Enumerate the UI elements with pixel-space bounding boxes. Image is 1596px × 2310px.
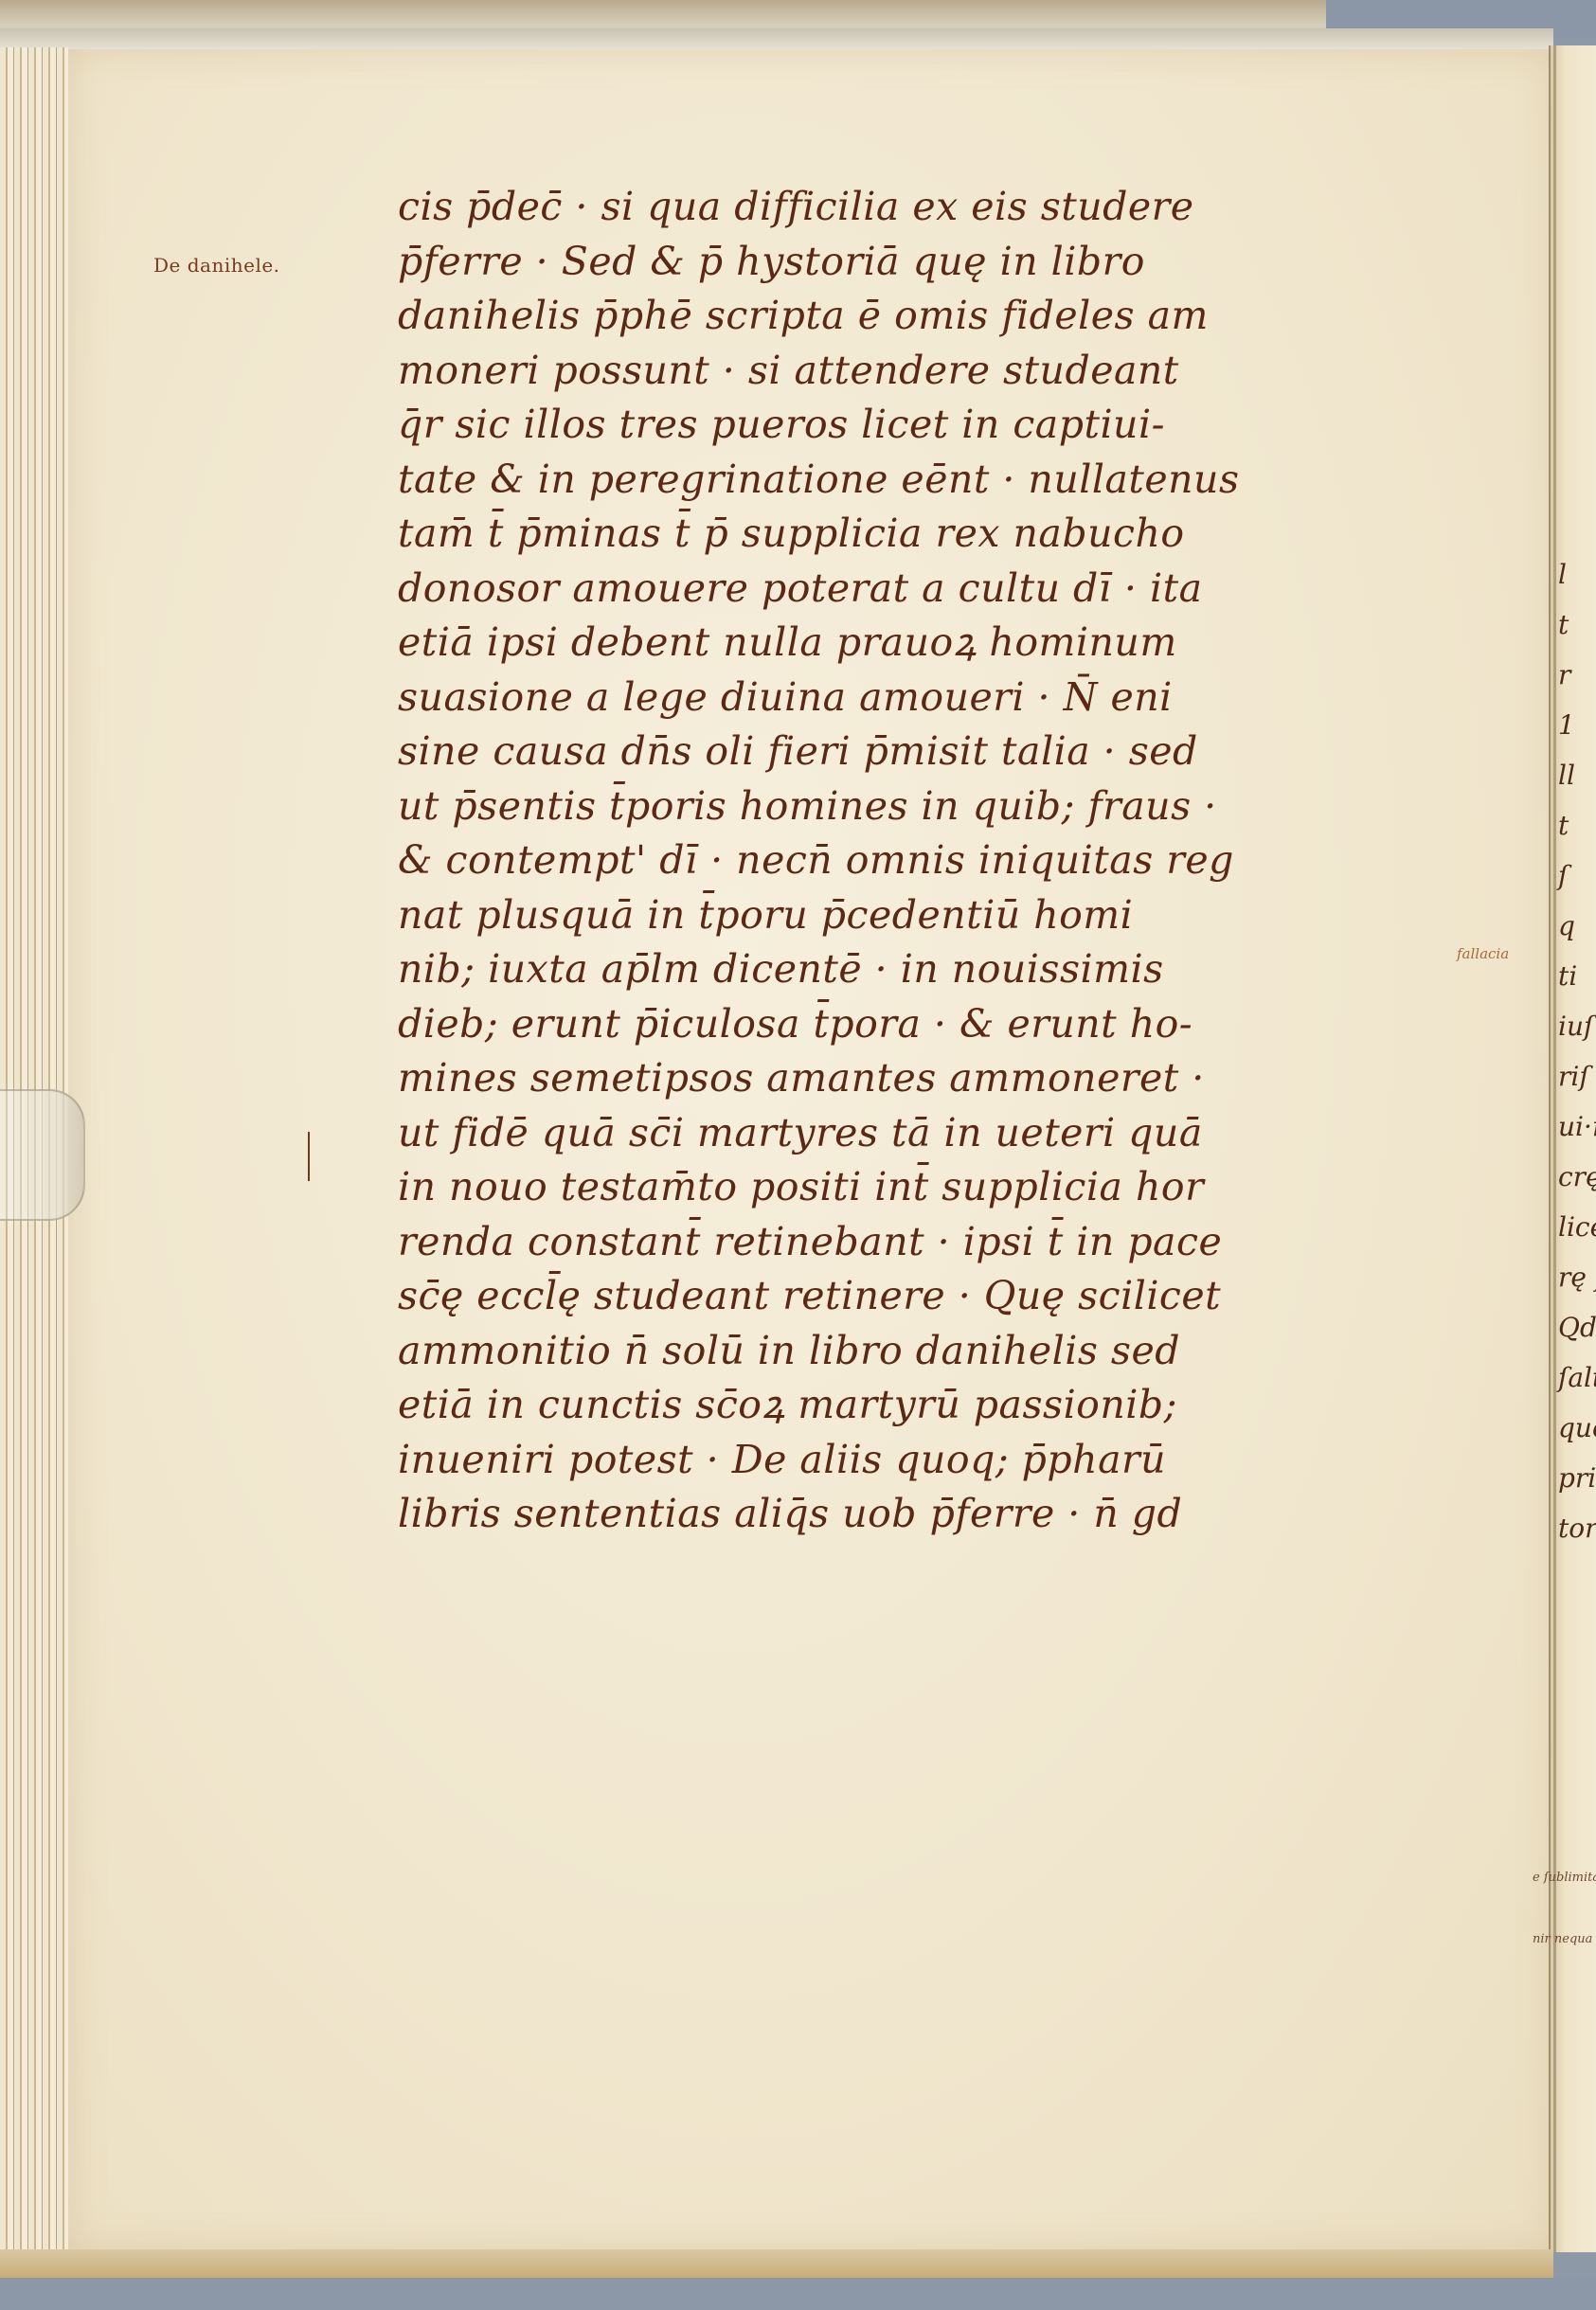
marginal-mark xyxy=(308,1132,310,1181)
background-bottom xyxy=(0,2278,1596,2310)
marginal-rubric: De danihele. xyxy=(153,254,280,277)
text-line: sc̄ę eccl̄ę studeant retinere · Quę scil… xyxy=(398,1269,1487,1324)
text-line: etiā in cunctis sc̄oꝝ martyrū passionib; xyxy=(398,1378,1487,1433)
text-line: donosor amouere poterat a cultu dī · ita xyxy=(398,562,1487,617)
text-line: nib; iuxta ap̄lm dicentē · in nouissimis xyxy=(398,942,1487,997)
facing-text-fragment: t xyxy=(1558,600,1596,650)
text-line: cis p̄dec̄ · si qua difficilia ex eis st… xyxy=(398,180,1487,235)
text-line: renda constant̄ retinebant · ipsi t̄ in … xyxy=(398,1215,1487,1270)
facing-text-fragment: crę xyxy=(1558,1152,1596,1202)
facing-text-fragment: ſalte xyxy=(1558,1352,1596,1403)
main-text-block: cis p̄dec̄ · si qua difficilia ex eis st… xyxy=(398,180,1487,1542)
facing-page-note: e ſublimita xyxy=(1533,1871,1596,1885)
facing-text-fragment: rę ſ xyxy=(1558,1252,1596,1302)
page-clip-clasp xyxy=(0,1089,85,1221)
text-line: tam̄ t̄ p̄minas t̄ p̄ supplicia rex nabu… xyxy=(398,507,1487,562)
text-line: q̄r sic illos tres pueros licet in capti… xyxy=(398,398,1487,453)
text-line: & contempt' dī · necn̄ omnis iniquitas r… xyxy=(398,833,1487,888)
text-line: inueniri potest · De aliis quoq; p̄pharū xyxy=(398,1433,1487,1488)
text-line: nat plusquā in t̄poru p̄cedentiū homi xyxy=(398,888,1487,943)
gutter-fold xyxy=(1553,45,1556,2252)
text-line: mines semetipsos amantes ammoneret · xyxy=(398,1051,1487,1106)
page-top-edge xyxy=(0,28,1553,49)
text-line: danihelis p̄phē scripta ē omis fideles a… xyxy=(398,289,1487,344)
text-line: libris sententias aliq̄s uob p̄ferre · n… xyxy=(398,1487,1487,1542)
facing-text-fragment: ti xyxy=(1558,951,1596,1001)
facing-page-note: nir nequa xyxy=(1533,1932,1592,1946)
facing-text-fragment: l xyxy=(1558,549,1596,600)
facing-text-fragment: tor r xyxy=(1558,1503,1596,1553)
facing-text-fragment: ſ xyxy=(1558,851,1596,901)
facing-text-fragment: licet xyxy=(1558,1202,1596,1252)
text-line: ammonitio n̄ solū in libro danihelis sed xyxy=(398,1324,1487,1379)
text-line: etiā ipsi debent nulla prauoꝝ hominum xyxy=(398,616,1487,671)
facing-text-fragment: quoſ xyxy=(1558,1403,1596,1453)
facing-text-fragment: ll xyxy=(1558,750,1596,800)
text-line: dieb; erunt p̄iculosa t̄pora · & erunt h… xyxy=(398,997,1487,1052)
binding-bottom-edge xyxy=(0,2249,1553,2278)
facing-text-fragment: Qd qu xyxy=(1558,1302,1596,1352)
facing-text-fragment: t xyxy=(1558,800,1596,851)
text-line: moneri possunt · si attendere studeant xyxy=(398,344,1487,399)
text-line: tate & in peregrinatione eēnt · nullaten… xyxy=(398,453,1487,508)
text-line: suasione a lege diuina amoueri · N̄ eni xyxy=(398,671,1487,725)
text-line: sine causa dn̄s oli fieri p̄misit talia … xyxy=(398,725,1487,779)
facing-text-fragment: q xyxy=(1558,901,1596,951)
text-line: in nouo testam̄to positi int̄ supplicia … xyxy=(398,1160,1487,1215)
facing-text-fragment: r xyxy=(1558,650,1596,700)
text-line: ut fidē quā sc̄i martyres tā in ueteri q… xyxy=(398,1106,1487,1161)
facing-text-fragment: riſ xyxy=(1558,1051,1596,1101)
text-line: ut p̄sentis t̄poris homines in quib; fra… xyxy=(398,779,1487,834)
facing-text-fragment: prim xyxy=(1558,1453,1596,1503)
facing-page-text: l t r 1 ll t ſ q ti iuſ riſ ui·r crę lic… xyxy=(1558,549,1596,1553)
facing-text-fragment: 1 xyxy=(1558,700,1596,750)
text-line: p̄ferre · Sed & p̄ hystoriā quę in libro xyxy=(398,235,1487,290)
facing-text-fragment: iuſ xyxy=(1558,1001,1596,1051)
facing-text-fragment: ui·r xyxy=(1558,1101,1596,1152)
